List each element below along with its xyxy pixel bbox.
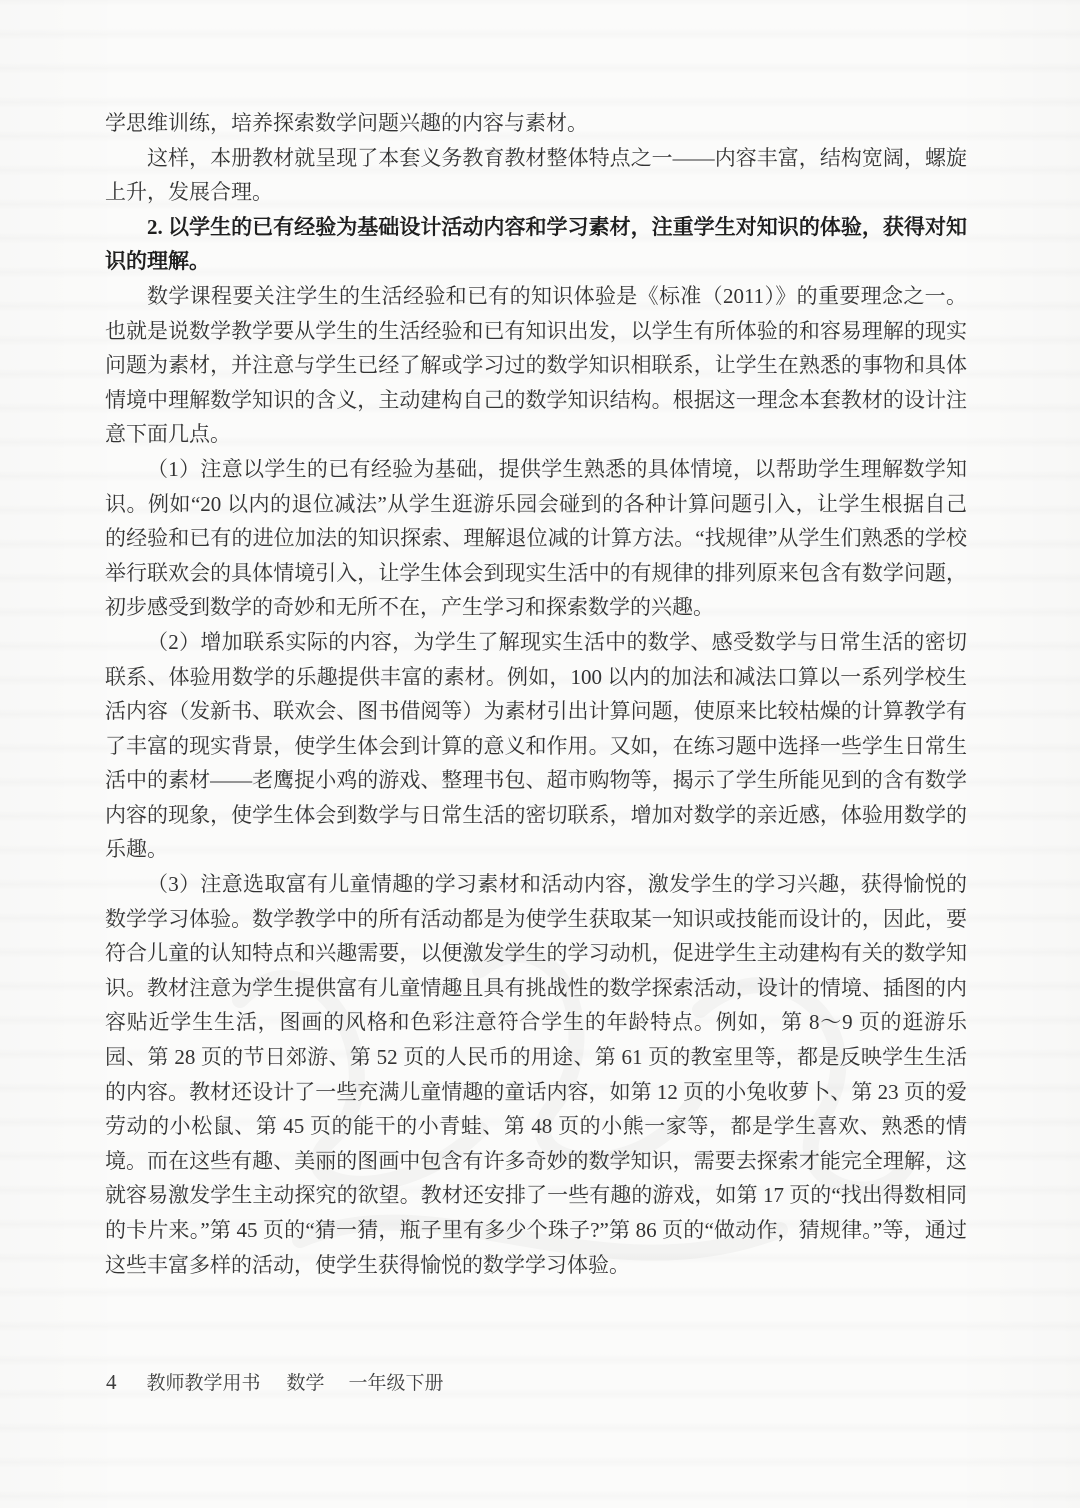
document-page: 学思维训练，培养探索数学问题兴趣的内容与素材。 这样，本册教材就呈现了本套义务教… xyxy=(0,0,1080,1508)
paragraph-continuation: 学思维训练，培养探索数学问题兴趣的内容与素材。 xyxy=(105,106,967,141)
page-footer: 4教师教学用书数学一年级下册 xyxy=(106,1368,444,1395)
footer-subject: 数学 xyxy=(287,1373,325,1394)
paragraph-point-2: （2）增加联系实际的内容，为学生了解现实生活中的数学、感受数学与日常生活的密切联… xyxy=(105,625,967,867)
footer-volume: 一年级下册 xyxy=(349,1373,444,1394)
footer-series-title: 教师教学用书 xyxy=(147,1373,261,1394)
section-heading: 2. 以学生的已有经验为基础设计活动内容和学习素材，注重学生对知识的体验，获得对… xyxy=(105,210,967,279)
paragraph-point-1: （1）注意以学生的已有经验为基础，提供学生熟悉的具体情境，以帮助学生理解数学知识… xyxy=(105,452,967,625)
paragraph: 这样，本册教材就呈现了本套义务教育教材整体特点之一——内容丰富，结构宽阔，螺旋上… xyxy=(105,141,967,210)
paragraph-point-3: （3）注意选取富有儿童情趣的学习素材和活动内容，激发学生的学习兴趣，获得愉悦的数… xyxy=(105,867,967,1282)
footer-page-number: 4 xyxy=(106,1370,117,1394)
paragraph: 数学课程要关注学生的生活经验和已有的知识体验是《标准（2011）》的重要理念之一… xyxy=(105,279,967,452)
page-text: 学思维训练，培养探索数学问题兴趣的内容与素材。 这样，本册教材就呈现了本套义务教… xyxy=(0,0,967,1282)
